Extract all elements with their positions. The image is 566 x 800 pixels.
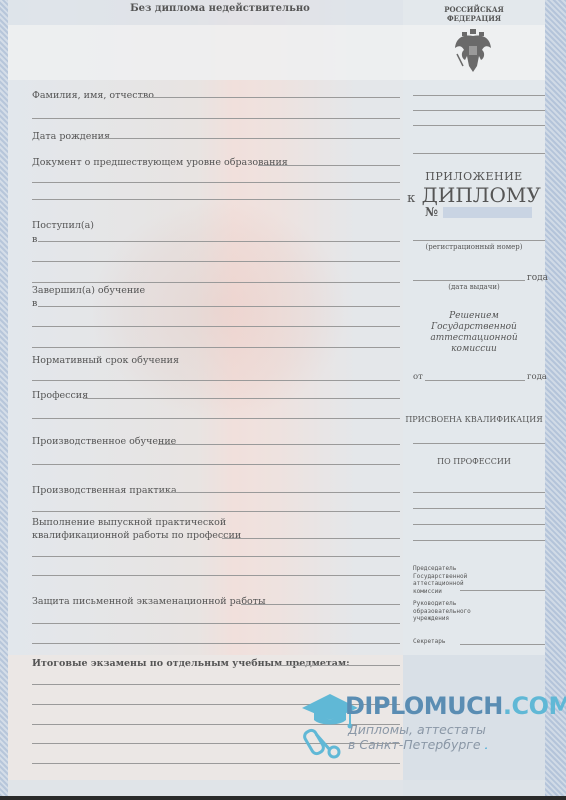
field-final-exams[interactable] — [278, 665, 400, 666]
field-full-name[interactable] — [138, 97, 400, 98]
diploma-appendix-page: Без диплома недействительно Фамилия, имя… — [0, 0, 566, 796]
head-line-1: Руководитель — [413, 600, 471, 608]
field-enrolled[interactable] — [38, 241, 400, 242]
brand-part-1: DIPLOMUCH — [345, 692, 503, 720]
field-prev-education[interactable] — [258, 165, 400, 166]
label-prev-education: Документ о предшествующем уровне образов… — [32, 157, 288, 168]
diplomuch-watermark: DIPLOMUCH.COM Дипломы, аттестаты в Санкт… — [300, 690, 540, 780]
label-completed-in: в — [32, 298, 37, 309]
bottom-strip — [8, 780, 545, 796]
label-completed: Завершил(а) обучение — [32, 285, 145, 296]
qualification-field[interactable] — [413, 443, 545, 444]
chairman-signature-field[interactable] — [460, 590, 545, 591]
field-industrial-practice-2[interactable] — [32, 511, 400, 512]
header-note: Без диплома недействительно — [100, 3, 340, 14]
field-final-work[interactable] — [222, 538, 400, 539]
profession-field-2[interactable] — [413, 508, 545, 509]
field-prev-education-2[interactable] — [32, 182, 400, 183]
label-enrolled: Поступил(а) — [32, 220, 94, 231]
field-written-exam-3[interactable] — [32, 643, 400, 644]
field-completed[interactable] — [38, 306, 400, 307]
brand-part-2: .COM — [503, 692, 566, 720]
right-field-1[interactable] — [413, 95, 545, 96]
reg-number-caption: (регистрационный номер) — [403, 243, 545, 251]
diploma-title: к ДИПЛОМУ — [403, 183, 545, 207]
profession-field-1[interactable] — [413, 492, 545, 493]
issue-date-caption: (дата выдачи) — [403, 283, 545, 291]
field-profession[interactable] — [83, 398, 400, 399]
brand-name: DIPLOMUCH.COM — [345, 692, 566, 720]
field-written-exam-2[interactable] — [32, 623, 400, 624]
field-final-exams-2[interactable] — [32, 684, 400, 685]
tagline-line-2: в Санкт-Петербурге — [348, 737, 481, 752]
profession-field-3[interactable] — [413, 524, 545, 525]
by-profession-title: ПО ПРОФЕССИИ — [403, 457, 545, 466]
year-word: года — [527, 273, 548, 283]
decision-date-field[interactable] — [425, 380, 525, 381]
chairman-line-3: аттестационной — [413, 580, 467, 588]
diploma-word: ДИПЛОМУ — [422, 183, 541, 207]
scan-bottom-edge — [0, 796, 566, 800]
right-field-4[interactable] — [413, 153, 545, 154]
reg-number-line[interactable] — [413, 240, 545, 241]
field-completed-2[interactable] — [32, 326, 400, 327]
from-word: от — [413, 372, 423, 382]
field-final-work-3[interactable] — [32, 575, 400, 576]
brand-tagline: Дипломы, аттестаты в Санкт-Петербурге . — [348, 722, 489, 752]
chairman-line-4: комиссии — [413, 588, 467, 596]
head-label: Руководитель образовательного учреждения — [413, 600, 471, 623]
right-field-2[interactable] — [413, 110, 545, 111]
field-final-work-2[interactable] — [32, 556, 400, 557]
appendix-title: ПРИЛОЖЕНИЕ — [403, 170, 545, 183]
profession-field-4[interactable] — [413, 540, 545, 541]
field-enrolled-3[interactable] — [32, 282, 400, 283]
field-industrial-practice[interactable] — [160, 492, 400, 493]
tagline-dot: . — [485, 737, 489, 752]
label-birth-date: Дата рождения — [32, 131, 110, 142]
right-field-3[interactable] — [413, 125, 545, 126]
issue-date-field[interactable] — [413, 280, 525, 281]
label-enrolled-in: в — [32, 234, 37, 245]
field-completed-3[interactable] — [32, 347, 400, 348]
decision-line-3: аттестационной — [403, 333, 545, 344]
chairman-line-1: Председатель — [413, 565, 467, 573]
label-normative-term: Нормативный срок обучения — [32, 355, 179, 366]
year-word-2: года — [527, 372, 547, 382]
double-headed-eagle-emblem-icon — [453, 28, 493, 73]
field-prev-education-3[interactable] — [32, 199, 400, 200]
head-line-2: образовательного — [413, 608, 471, 616]
chairman-line-2: Государственной — [413, 573, 467, 581]
decision-line-4: комиссии — [403, 344, 545, 355]
label-final-work-2: квалификационной работы по профессии — [32, 530, 241, 541]
decision-line-2: Государственной — [403, 322, 545, 333]
secretary-label: Секретарь — [413, 638, 446, 646]
label-full-name: Фамилия, имя, отчество — [32, 90, 154, 101]
country-line-1: РОССИЙСКАЯ — [403, 5, 545, 14]
field-enrolled-2[interactable] — [32, 261, 400, 262]
field-industrial-training[interactable] — [158, 444, 400, 445]
left-border — [0, 0, 8, 796]
number-sign: № — [425, 205, 438, 219]
field-normative-term[interactable] — [32, 380, 400, 381]
field-industrial-training-2[interactable] — [32, 464, 400, 465]
field-birth-date[interactable] — [100, 138, 400, 139]
tagline-line-1: Дипломы, аттестаты — [348, 722, 489, 737]
to-word: к — [407, 191, 415, 206]
qualification-title: ПРИСВОЕНА КВАЛИФИКАЦИЯ — [403, 415, 545, 424]
light-band — [8, 25, 403, 80]
field-written-exam[interactable] — [241, 604, 400, 605]
right-border — [545, 0, 566, 796]
label-industrial-training: Производственное обучение — [32, 436, 176, 447]
head-line-3: учреждения — [413, 615, 471, 623]
decision-line-1: Решением — [403, 311, 545, 322]
field-full-name-2[interactable] — [32, 118, 400, 119]
registration-number-field[interactable] — [443, 207, 532, 218]
background-seal-watermark — [90, 200, 350, 420]
label-final-work-1: Выполнение выпускной практической — [32, 517, 226, 528]
country-line-2: ФЕДЕРАЦИЯ — [403, 14, 545, 23]
label-written-exam: Защита письменной экзаменационной работы — [32, 596, 266, 607]
field-profession-2[interactable] — [32, 418, 400, 419]
label-final-exams: Итоговые экзамены по отдельным учебным п… — [32, 658, 350, 669]
secretary-signature-field[interactable] — [460, 644, 545, 645]
label-industrial-practice: Производственная практика — [32, 485, 177, 496]
label-profession: Профессия — [32, 390, 88, 401]
